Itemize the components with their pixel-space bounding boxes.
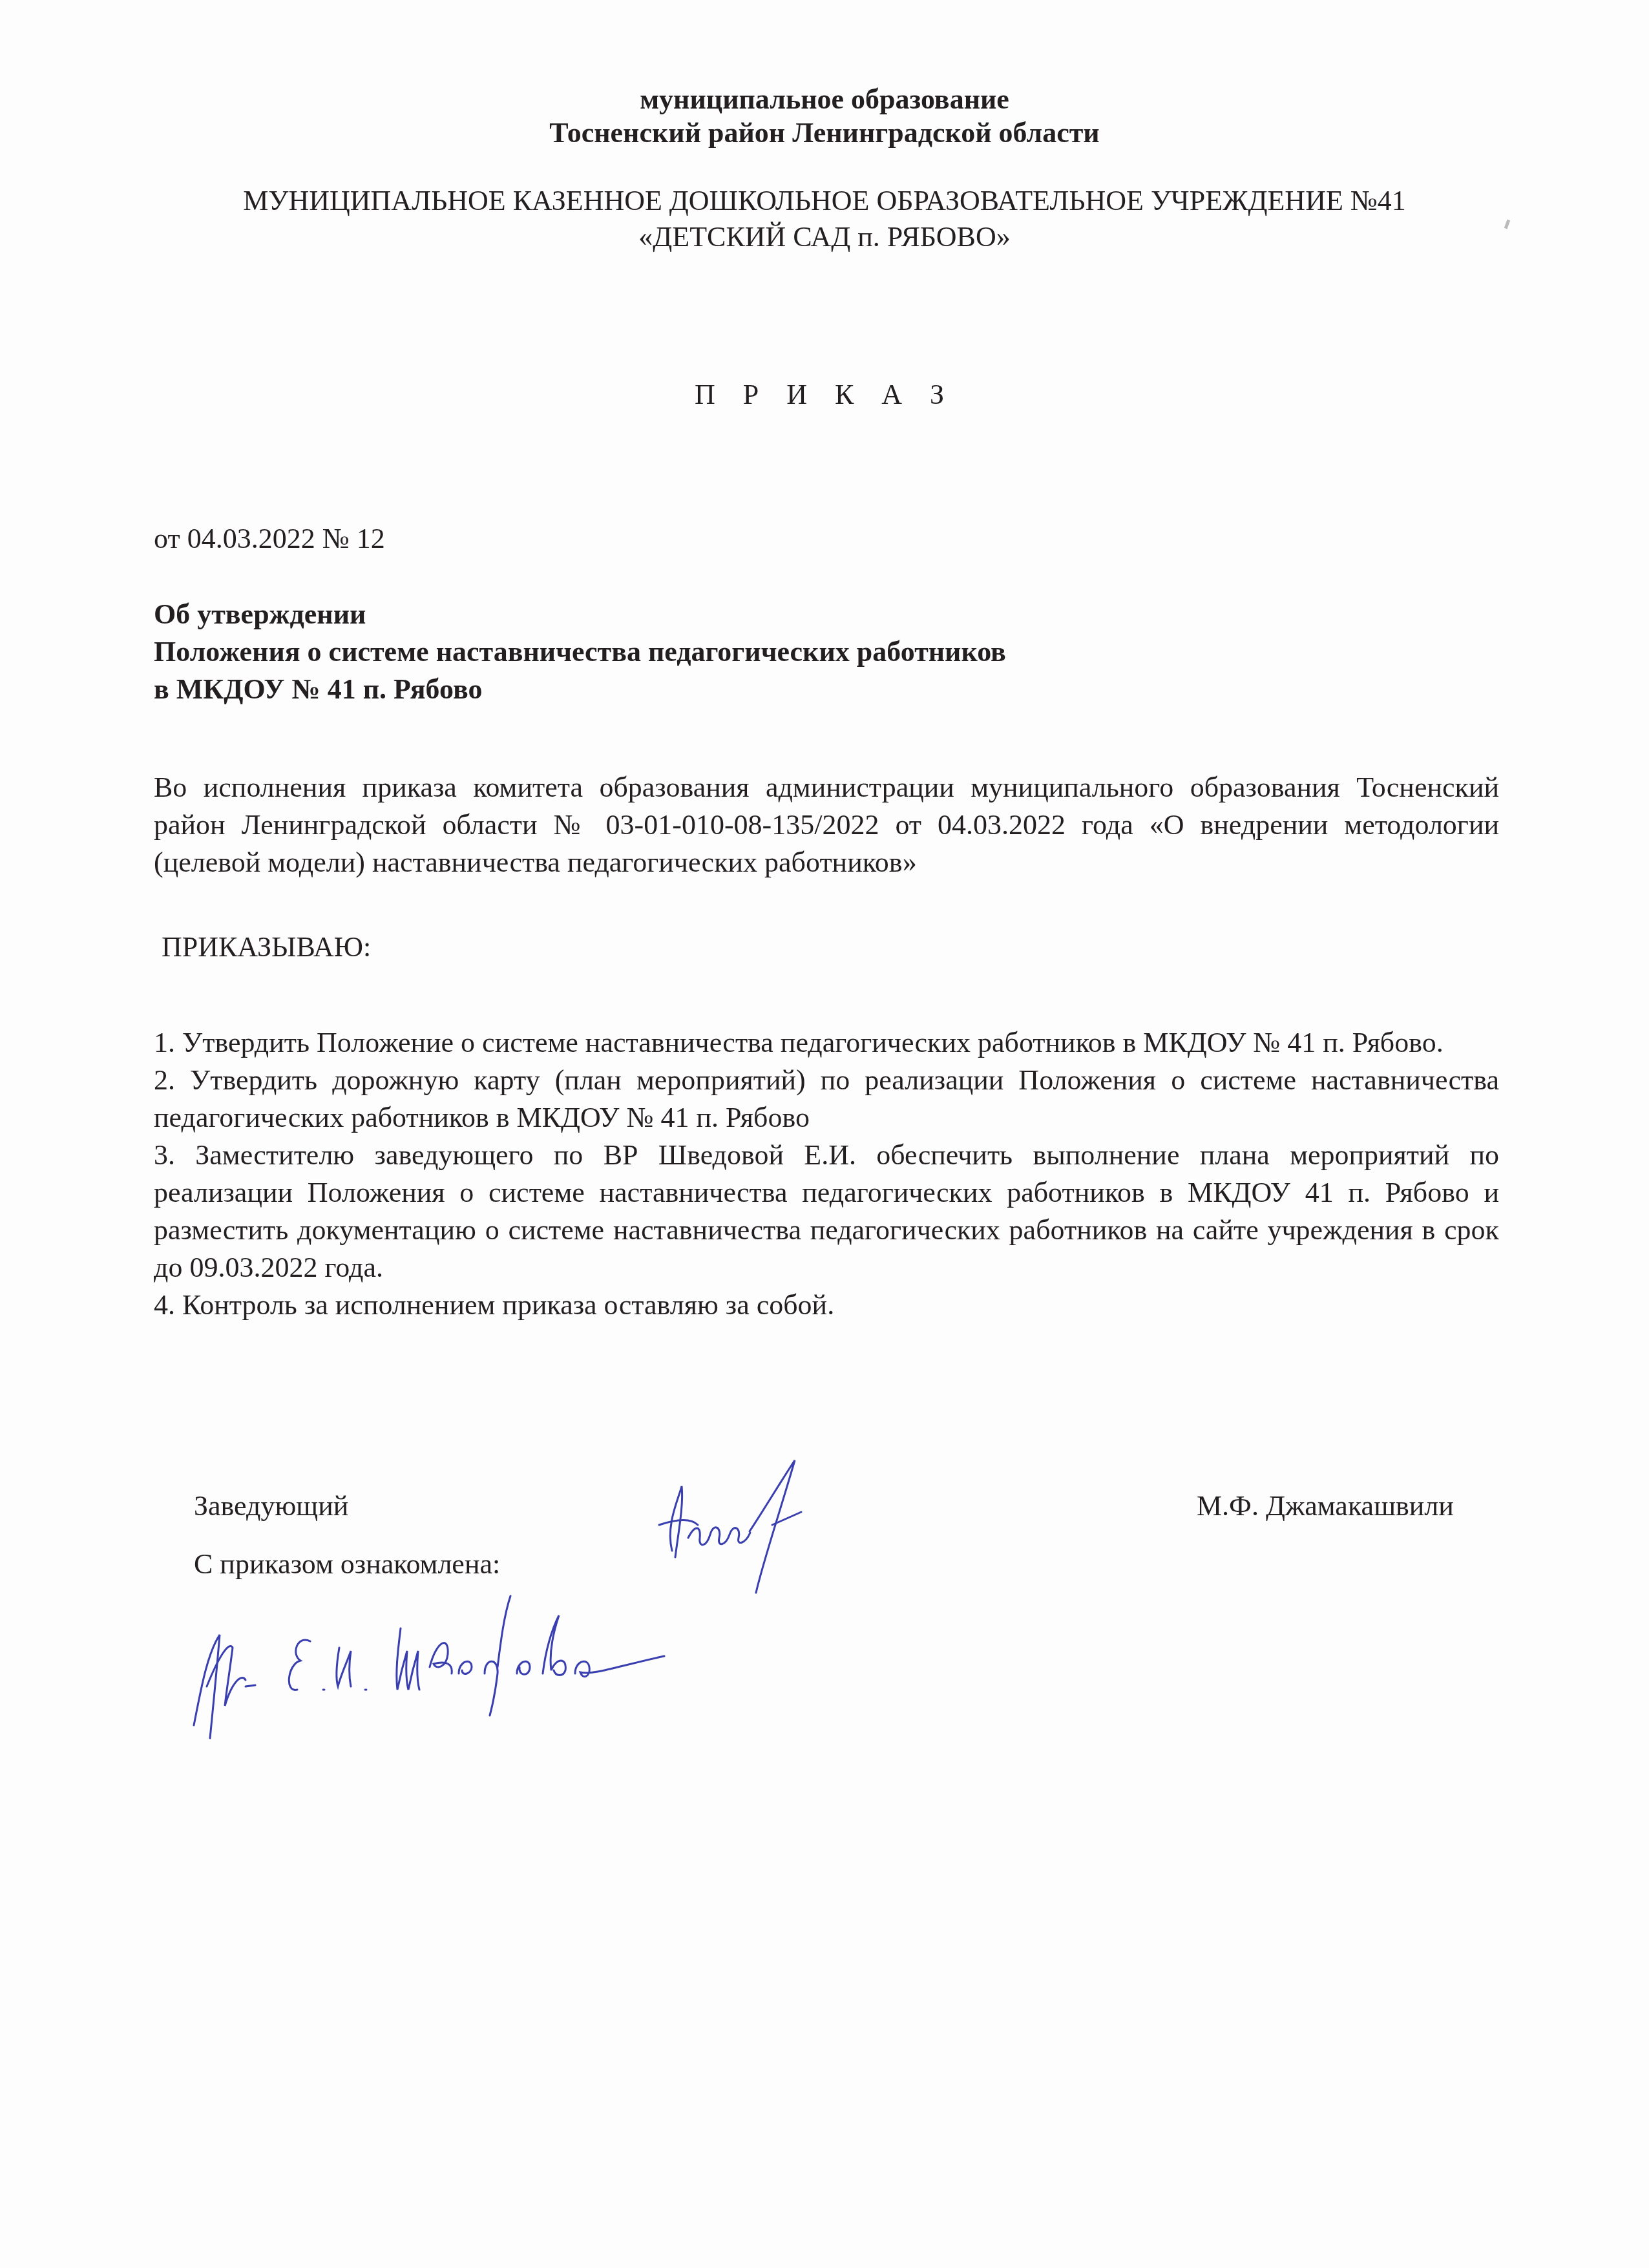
order-item: 1. Утвердить Положение о системе наставн… bbox=[154, 1024, 1499, 1062]
subject-line-3: в МКДОУ № 41 п. Рябово bbox=[154, 671, 1499, 708]
document-page: муниципальное образование Тосненский рай… bbox=[0, 0, 1649, 2268]
date-number: от 04.03.2022 № 12 bbox=[154, 522, 1499, 555]
institution-line-2: «ДЕТСКИЙ САД п. РЯБОВО» bbox=[0, 219, 1649, 255]
subject-line-1: Об утверждении bbox=[154, 596, 1499, 633]
signatory-position: Заведующий bbox=[194, 1489, 348, 1522]
header-line-1: муниципальное образование bbox=[0, 83, 1649, 116]
institution-name: МУНИЦИПАЛЬНОЕ КАЗЕННОЕ ДОШКОЛЬНОЕ ОБРАЗО… bbox=[0, 183, 1649, 255]
preamble-paragraph: Во исполнения приказа комитета образован… bbox=[154, 769, 1499, 881]
order-items: 1. Утвердить Положение о системе наставн… bbox=[154, 1024, 1499, 1324]
order-item: 3. Заместителю заведующего по ВР Шведово… bbox=[154, 1137, 1499, 1286]
director-signature bbox=[653, 1454, 885, 1602]
subject-heading: Об утверждении Положения о системе наста… bbox=[154, 596, 1499, 708]
document-title: П Р И К А З bbox=[0, 378, 1649, 411]
acknowledgement-label: С приказом ознакомлена: bbox=[194, 1548, 500, 1580]
subject-line-2: Положения о системе наставничества педаг… bbox=[154, 633, 1499, 671]
signatory-name: М.Ф. Джамакашвили bbox=[1197, 1489, 1454, 1522]
header-line-2: Тосненский район Ленинградской области bbox=[0, 116, 1649, 150]
order-item: 2. Утвердить дорожную карту (план меропр… bbox=[154, 1062, 1499, 1137]
institution-line-1: МУНИЦИПАЛЬНОЕ КАЗЕННОЕ ДОШКОЛЬНОЕ ОБРАЗО… bbox=[0, 183, 1649, 219]
order-word: ПРИКАЗЫВАЮ: bbox=[162, 930, 1507, 963]
municipality-header: муниципальное образование Тосненский рай… bbox=[0, 83, 1649, 150]
acknowledgement-signature bbox=[181, 1577, 685, 1745]
order-item: 4. Контроль за исполнением приказа остав… bbox=[154, 1286, 1499, 1324]
